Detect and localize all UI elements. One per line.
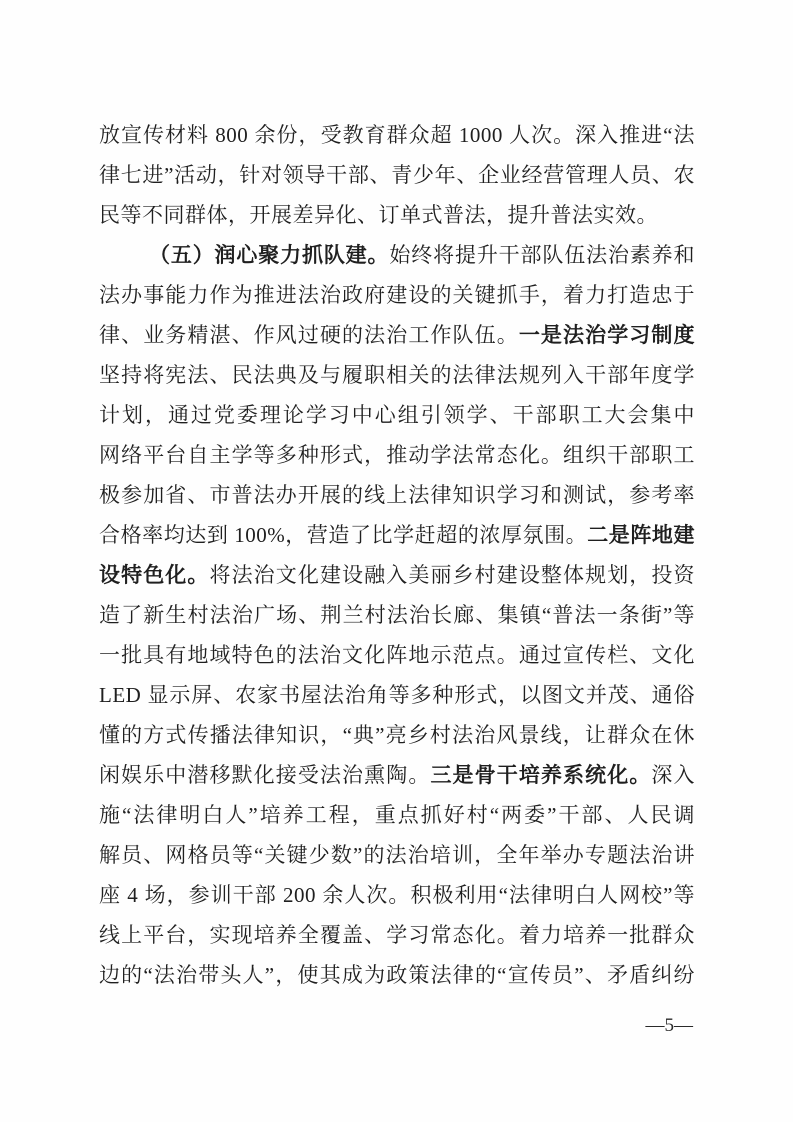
document-page: 放宣传材料 800 余份，受教育群众超 1000 人次。深入推进“法律七进”活动… xyxy=(0,0,793,1122)
bold-text-run: 设特色化。 xyxy=(99,564,209,587)
text-line: 网络平台自主学等多种形式，推动学法常态化。组织干部职工积 xyxy=(99,435,695,475)
text-line: 律七进”活动，针对领导干部、青少年、企业经营管理人员、农 xyxy=(99,155,695,195)
text-run: 解员、网格员等“关键少数”的法治培训，全年举办专题法治讲 xyxy=(99,843,695,867)
text-line: 边的“法治带头人”，使其成为政策法律的“宣传员”、矛盾纠纷 xyxy=(99,955,695,995)
text-line: 座 4 场，参训干部 200 余人次。积极利用“法律明白人网校”等 xyxy=(99,875,695,915)
text-line: 闲娱乐中潜移默化接受法治熏陶。三是骨干培养系统化。深入实 xyxy=(99,755,695,795)
text-run: 民等不同群体，开展差异化、订单式普法，提升普法实效。 xyxy=(99,203,658,227)
text-line: （五）润心聚力抓队建。始终将提升干部队伍法治素养和依 xyxy=(99,235,695,275)
text-line: 计划，通过党委理论学习中心组引领学、干部职工大会集中学、 xyxy=(99,395,695,435)
text-run: 一批具有地域特色的法治文化阵地示范点。通过宣传栏、文化墙、 xyxy=(99,643,695,675)
text-run: 座 4 场，参训干部 200 余人次。积极利用“法律明白人网校”等 xyxy=(99,883,695,907)
text-run: 放宣传材料 800 余份，受教育群众超 1000 人次。深入推进“法 xyxy=(99,123,695,147)
text-line: 法办事能力作为推进法治政府建设的关键抓手，着力打造忠于法 xyxy=(99,275,695,315)
text-line: 线上平台，实现培养全覆盖、学习常态化。着力培养一批群众身 xyxy=(99,915,695,955)
page-number: —5— xyxy=(646,1014,694,1038)
text-run: 法办事能力作为推进法治政府建设的关键抓手，着力打造忠于法 xyxy=(99,283,695,315)
text-line: 设特色化。将法治文化建设融入美丽乡村建设整体规划，投资打 xyxy=(99,555,695,595)
text-run: 律、业务精湛、作风过硬的法治工作队伍。 xyxy=(99,323,519,347)
text-run: 计划，通过党委理论学习中心组引领学、干部职工大会集中学、 xyxy=(99,403,695,435)
text-run: 网络平台自主学等多种形式，推动学法常态化。组织干部职工积 xyxy=(99,443,695,475)
text-run: LED 显示屏、农家书屋法治角等多种形式，以图文并茂、通俗易 xyxy=(99,683,695,715)
text-line: 懂的方式传播法律知识，“典”亮乡村法治风景线，让群众在休 xyxy=(99,715,695,755)
bold-text-run: （五）润心聚力抓队建。 xyxy=(149,244,389,267)
text-run: 懂的方式传播法律知识，“典”亮乡村法治风景线，让群众在休 xyxy=(99,723,695,747)
text-run: 闲娱乐中潜移默化接受法治熏陶。 xyxy=(99,763,430,787)
bold-text-run: 二是阵地建 xyxy=(587,524,695,547)
text-run: 边的“法治带头人”，使其成为政策法律的“宣传员”、矛盾纠纷 xyxy=(99,963,695,987)
text-line: 施“法律明白人”培养工程，重点抓好村“两委”干部、人民调 xyxy=(99,795,695,835)
text-line: 律、业务精湛、作风过硬的法治工作队伍。一是法治学习制度化。 xyxy=(99,315,695,355)
document-body: 放宣传材料 800 余份，受教育群众超 1000 人次。深入推进“法律七进”活动… xyxy=(99,115,695,995)
text-line: 解员、网格员等“关键少数”的法治培训，全年举办专题法治讲 xyxy=(99,835,695,875)
text-run: 线上平台，实现培养全覆盖、学习常态化。着力培养一批群众身 xyxy=(99,923,695,955)
text-line: 坚持将宪法、民法典及与履职相关的法律法规列入干部年度学习 xyxy=(99,355,695,395)
text-line: 合格率均达到 100%，营造了比学赶超的浓厚氛围。二是阵地建 xyxy=(99,515,695,555)
text-line: 民等不同群体，开展差异化、订单式普法，提升普法实效。 xyxy=(99,195,695,235)
text-line: 造了新生村法治广场、荆兰村法治长廊、集镇“普法一条街”等 xyxy=(99,595,695,635)
text-run: 律七进”活动，针对领导干部、青少年、企业经营管理人员、农 xyxy=(99,163,695,187)
text-run: 施“法律明白人”培养工程，重点抓好村“两委”干部、人民调 xyxy=(99,803,695,827)
text-line: LED 显示屏、农家书屋法治角等多种形式，以图文并茂、通俗易 xyxy=(99,675,695,715)
text-line: 放宣传材料 800 余份，受教育群众超 1000 人次。深入推进“法 xyxy=(99,115,695,155)
text-run: 极参加省、市普法办开展的线上法律知识学习和测试，参考率与 xyxy=(99,483,695,515)
text-line: 一批具有地域特色的法治文化阵地示范点。通过宣传栏、文化墙、 xyxy=(99,635,695,675)
text-run: 造了新生村法治广场、荆兰村法治长廊、集镇“普法一条街”等 xyxy=(99,603,695,627)
text-run: 坚持将宪法、民法典及与履职相关的法律法规列入干部年度学习 xyxy=(99,363,695,395)
bold-text-run: 三是骨干培养系统化。 xyxy=(430,764,651,787)
text-line: 极参加省、市普法办开展的线上法律知识学习和测试，参考率与 xyxy=(99,475,695,515)
text-run: 合格率均达到 100%，营造了比学赶超的浓厚氛围。 xyxy=(99,523,587,547)
